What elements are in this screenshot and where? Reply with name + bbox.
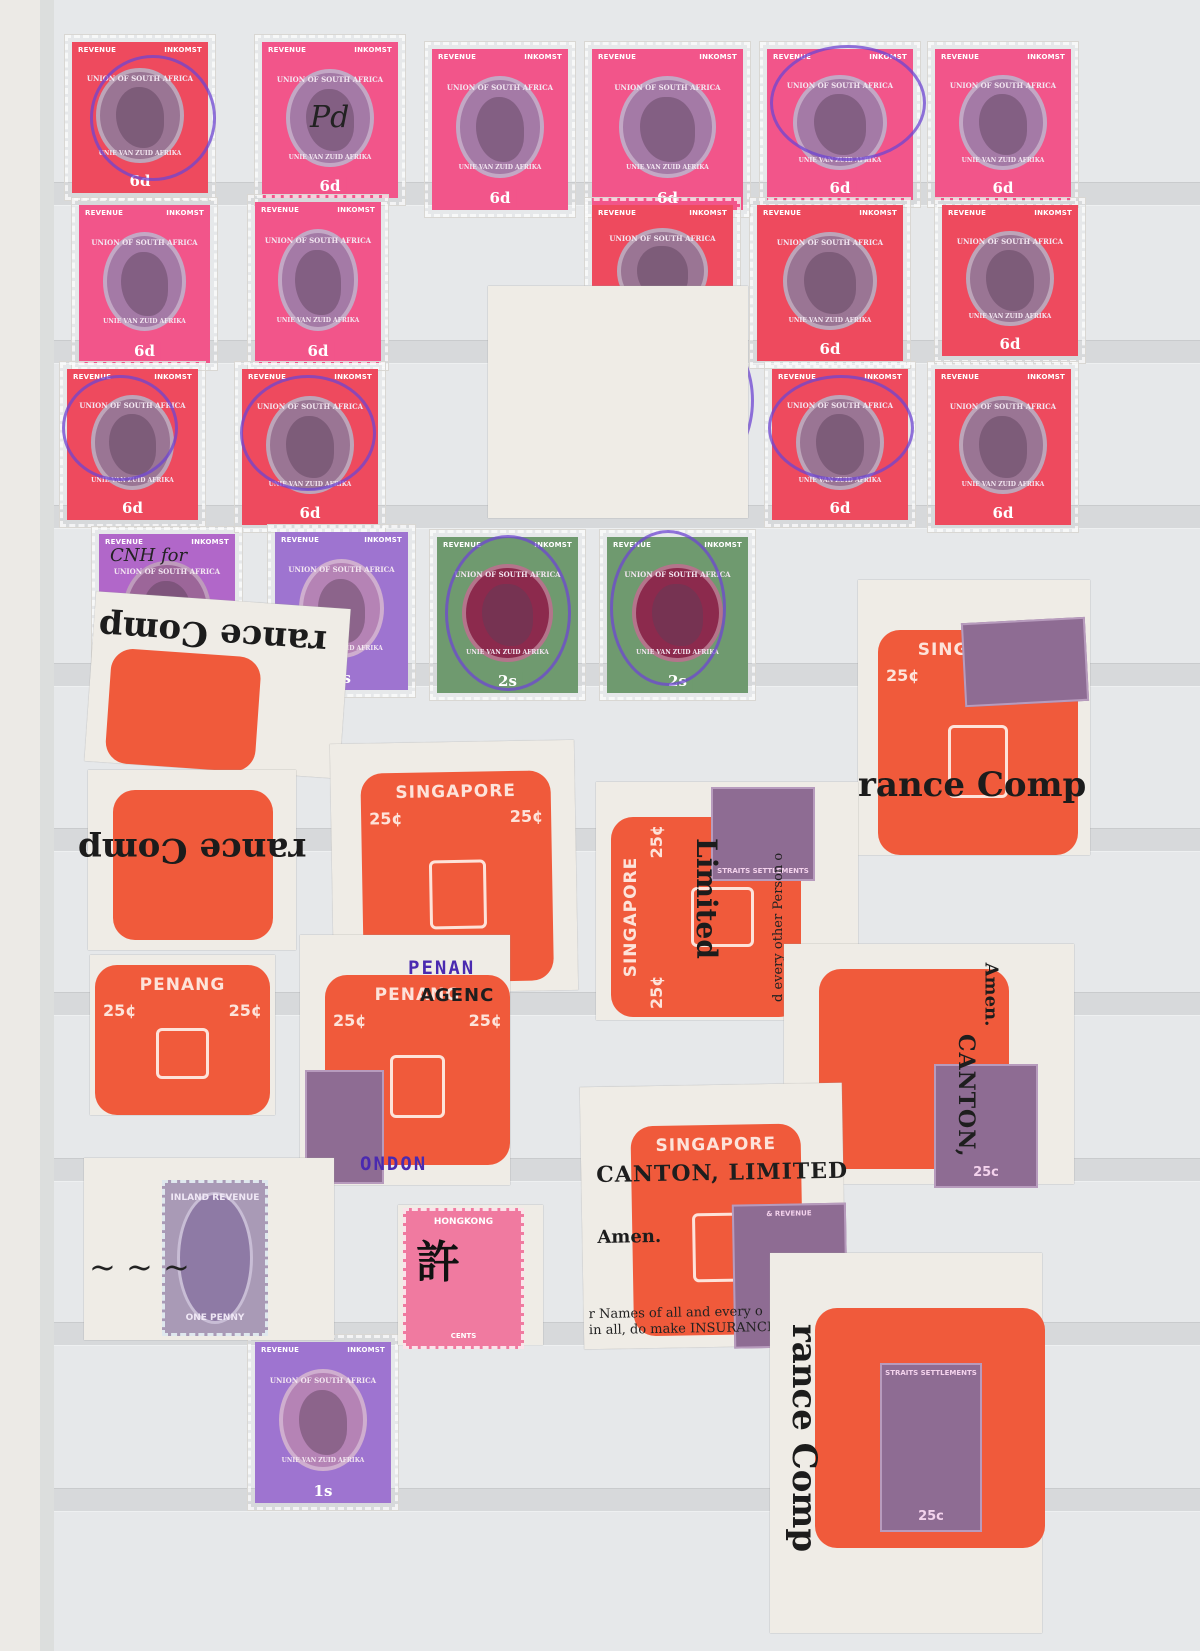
value-tablet: 6d <box>294 504 327 522</box>
value-label: 25¢25¢ <box>369 806 543 828</box>
value-tablet: 6d <box>116 499 149 517</box>
penang-agency-piece: PENANG 25¢25¢ PENAN AGENC ONDON <box>300 935 510 1185</box>
south-africa-revenue-stamp: REVENUEINKOMST UNION OF SOUTH AFRICA UNI… <box>750 198 910 368</box>
policy-text-1: r Names of all and every o <box>589 1304 763 1322</box>
value-tablet: 6d <box>987 504 1020 522</box>
canton-overprint: CANTON, LIMITED <box>596 1158 848 1188</box>
king-portrait-icon <box>121 252 168 315</box>
penang-handstamp: PENAN <box>408 957 475 979</box>
agency-overprint: AGENC <box>420 985 494 1006</box>
amen-overprint: Amen. <box>597 1226 661 1248</box>
value-tablet: 1s <box>308 1482 339 1500</box>
oval-cancel <box>768 375 914 481</box>
straits-settlements-adhesive: STRAITS SETTLEMENTS 25c <box>880 1363 982 1532</box>
insurance-overprint: rance Comp <box>858 765 1086 805</box>
hongkong-piece: HONGKONG 許 CENTS <box>398 1205 543 1345</box>
insurance-overprint: rance Comp <box>78 830 306 870</box>
crown-icon <box>428 860 486 930</box>
singapore-label: SINGAPORE <box>621 817 641 1017</box>
value-tablet: 6d <box>814 340 847 358</box>
insurance-piece-2: rance Comp <box>88 770 296 950</box>
oval-cancel <box>445 535 571 691</box>
south-africa-revenue-stamp: REVENUEINKOMST UNION OF SOUTH AFRICA UNI… <box>585 42 750 217</box>
value-label: 25¢25¢ <box>647 825 666 1009</box>
amen-overprint: Amen. <box>980 963 1001 1027</box>
oval-cancel <box>240 375 376 491</box>
value-tablet: 6d <box>824 179 857 197</box>
value-label: 25¢25¢ <box>103 1001 262 1020</box>
insurance-overprint: rance Comp <box>784 1324 824 1552</box>
album-spine <box>0 0 41 1651</box>
crown-icon <box>156 1028 209 1079</box>
insurance-piece-bottom-right: STRAITS SETTLEMENTS 25c rance Comp <box>770 1253 1042 1633</box>
oval-cancel <box>62 375 178 481</box>
straits-settlements-adhesive <box>961 617 1089 707</box>
south-africa-revenue-stamp: REVENUEINKOMST UNION OF SOUTH AFRICA UNI… <box>928 362 1078 532</box>
value-tablet: 6d <box>302 342 335 360</box>
king-portrait-icon <box>295 250 340 314</box>
value-tablet: 6d <box>987 179 1020 197</box>
hongkong-stamp: HONGKONG 許 CENTS <box>403 1208 524 1349</box>
singapore-label: SINGAPORE <box>631 1133 801 1156</box>
album-margin <box>40 0 54 1651</box>
durban-piece <box>488 286 748 518</box>
penang-label: PENANG <box>95 975 270 995</box>
limited-overprint: Limited <box>690 838 723 959</box>
singapore-label: SINGAPORE <box>361 780 551 803</box>
oval-cancel <box>770 45 926 161</box>
handwritten-signature: ~ ~ ~ <box>89 1248 190 1286</box>
penang-embossed: PENANG 25¢25¢ <box>95 965 270 1115</box>
singapore-embossed-inverted <box>104 648 262 773</box>
south-africa-revenue-stamp: REVENUEINKOMST UNION OF SOUTH AFRICA UNI… <box>72 198 217 370</box>
gb-document-piece: INLAND REVENUE ONE PENNY ~ ~ ~ <box>84 1158 334 1340</box>
london-handstamp: ONDON <box>360 1153 427 1175</box>
south-africa-revenue-stamp: REVENUEINKOMST UNION OF SOUTH AFRICA UNI… <box>935 198 1085 363</box>
oval-cancel <box>610 530 726 686</box>
penang-piece-1: PENANG 25¢25¢ <box>90 955 275 1115</box>
value-tablet: 6d <box>314 177 347 195</box>
south-africa-revenue-stamp: REVENUEINKOMST UNION OF SOUTH AFRICA UNI… <box>928 42 1078 207</box>
straits-settlements-adhesive: STRAITS SETTLEMENTS <box>711 787 815 881</box>
value-tablet: 6d <box>994 335 1027 353</box>
south-africa-revenue-stamp: REVENUEINKOMST UNION OF SOUTH AFRICA UNI… <box>425 42 575 217</box>
value-tablet: 6d <box>484 189 517 207</box>
pen-cancel: CNH for <box>110 545 187 566</box>
south-africa-revenue-stamp: REVENUEINKOMST UNION OF SOUTH AFRICA UNI… <box>248 195 388 370</box>
canton-overprint: CANTON, <box>953 1034 979 1158</box>
straits-settlements-adhesive: 25c <box>934 1064 1038 1188</box>
south-africa-revenue-stamp: REVENUEINKOMST UNION OF SOUTH AFRICA UNI… <box>248 1335 398 1510</box>
oval-cancel <box>90 55 216 181</box>
singapore-piece-top-right: SINGAPORE 25¢25¢ rance Comp <box>858 580 1090 855</box>
value-label: 25¢25¢ <box>333 1011 502 1030</box>
value-tablet: 6d <box>128 342 161 360</box>
king-portrait-icon <box>640 97 694 161</box>
value-tablet: 6d <box>824 499 857 517</box>
crown-icon <box>390 1055 446 1118</box>
pen-cancel: Pd <box>310 100 349 135</box>
insurance-piece-1: rance Comp <box>84 591 350 778</box>
